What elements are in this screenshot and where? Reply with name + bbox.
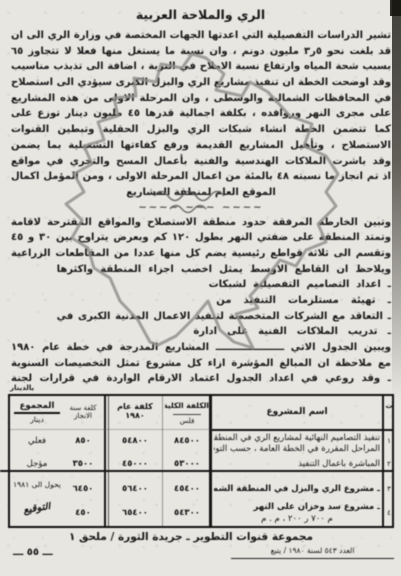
table-header-total-cost: الكلفة الكلية bbox=[165, 401, 209, 411]
body-line: تشير الدراسات التفصيلية التي اعدتها الجه… bbox=[11, 28, 391, 44]
body-line: اذ تم انجاز ما نسبته ٤٨ بالمئة من اعمال … bbox=[11, 169, 391, 185]
table-cell: ٥٦٤٠٠ bbox=[110, 484, 160, 494]
table-cell: ٤٥٠٠٠ bbox=[110, 459, 160, 469]
body-line: وتبين الخارطة المرفقة حدود منطقة الاستصل… bbox=[11, 215, 391, 231]
table-cell: المباشرة بأعمال التنفيذ bbox=[214, 459, 380, 469]
list-item: ـ تهيئة مستلزمات التنفيذ من المكائن والم… bbox=[216, 293, 391, 309]
body-line: ويلاحظ ان القاطع الاوسط يمثل اخصب اجزاء … bbox=[57, 262, 391, 278]
table-cell: ٤ bbox=[383, 508, 395, 518]
table-vertical-rule bbox=[104, 396, 106, 526]
table-header-total-unit: فلس bbox=[173, 414, 201, 426]
table-cell: ـ مشروع الري والبزل في المنطقة الشمالية … bbox=[214, 484, 380, 494]
body-line: ـ وقد روعي في اعداد الجدول اعتماد الارقا… bbox=[11, 371, 391, 387]
scan-edge-corner bbox=[390, 0, 401, 16]
table-cell: المراحل المقررة في الخطة العامة ، حسب ال… bbox=[214, 444, 380, 454]
body-line: وتمتد المنطقة على ضفتي النهر بطول ١٢٠ كم… bbox=[11, 230, 391, 246]
table-cell: ٥٣٠٠٠ bbox=[165, 459, 209, 469]
body-line: ويبين الجدول الاتي ــــــــــــــــــــ … bbox=[11, 340, 391, 356]
scan-edge-shadow bbox=[392, 0, 401, 400]
table-cell: تنفيذ التصاميم النهائية لمشاريع الري في … bbox=[214, 433, 380, 443]
page-title: الري والملاحة العربية bbox=[0, 7, 401, 22]
table-cell: ٨٥٠ bbox=[62, 436, 104, 446]
footer-note: العدد ٥٤٣ لسنة ١٩٨٠ / يتبع bbox=[231, 546, 394, 559]
body-line: على مجرى النهر وروافده ، بكلفة اجمالية ق… bbox=[11, 106, 391, 122]
table-cell: ـ مشروع سد وخزان على النهر bbox=[214, 502, 380, 512]
list-item: ـ التعاقد مع الشركات المتخصصة لتنفيذ الا… bbox=[57, 309, 391, 325]
body-line: وقد باشرت الملاكات الهندسية والفنية بأعم… bbox=[11, 154, 391, 170]
body-line: كما تتضمن الخطة انشاء شبكات الري والبزل … bbox=[11, 122, 391, 138]
table-cell: ٤٥٤٠٠ bbox=[165, 484, 209, 494]
table-cell: يحول الى ١٩٨١ bbox=[12, 480, 62, 489]
table-cell: فعلي bbox=[12, 436, 62, 446]
table-header-year: كلفة سنة الانجاز bbox=[62, 404, 104, 420]
hatching-marks: ~~~~ ~~~ ~~~~ bbox=[125, 201, 277, 215]
page-number: ـــ ٥٥ ـــ bbox=[13, 547, 53, 558]
table-cell: ٣٥٠٠ bbox=[62, 459, 104, 469]
table-header-cost-1980: كلفة عام ١٩٨٠ bbox=[110, 402, 160, 420]
table-header-index: ت bbox=[383, 401, 395, 411]
body-line: وتقسم الى ثلاثة قواطع رئيسية يضم كل منها… bbox=[11, 246, 391, 262]
table-cell: مؤجل bbox=[12, 459, 62, 469]
list-item: ـ اعداد التصاميم التفصيلية لشبكات الري و… bbox=[209, 277, 391, 293]
table-cell: ٥٤٨٠٠ bbox=[110, 436, 160, 446]
table-currency-note: بالدينار bbox=[10, 384, 34, 392]
table-header-rule bbox=[10, 429, 212, 430]
table-cell: ٢ bbox=[383, 459, 395, 469]
scan-layer: الري والملاحة العربية تشير الدراسات التف… bbox=[0, 0, 401, 576]
table-header-amount: المجموع bbox=[14, 401, 60, 414]
body-line: بسبب شحة المياه وارتفاع نسبة الاملاح في … bbox=[11, 59, 391, 75]
table-header-amount-unit: دينار bbox=[12, 415, 62, 425]
table-cell: ٨٤٥٠٠ bbox=[165, 436, 209, 446]
table-cell: ٤٥٠ bbox=[62, 508, 104, 518]
table-vertical-rule bbox=[108, 396, 109, 526]
table-cell: م ٧٠٠ ر ٢٠٠ ، م . م bbox=[214, 514, 380, 524]
table-header-project-name: اسم المشروع bbox=[214, 407, 380, 417]
thick-divider-rule bbox=[0, 470, 393, 472]
body-line: وقد اوضحت الخطة ان تنفيذ مشاريع الري وال… bbox=[11, 75, 391, 91]
signature-mark: التوقيع bbox=[12, 500, 63, 518]
table-cell: ٦٥٤٠٠ bbox=[110, 508, 160, 518]
body-line: قد بلغت نحو ٥ر٣ مليون دونم ، وان نسبة ما… bbox=[11, 44, 391, 60]
table-caption: مجموعة قنوات التطوير ـ جريدة الثورة / مل… bbox=[66, 531, 316, 543]
table-cell: ١ bbox=[383, 436, 395, 446]
body-line: الاستصلاح ، وتأهيل المشاريع القديمة ورفع… bbox=[11, 138, 391, 154]
projects-table: المجموع دينار كلفة سنة الانجاز كلفة عام … bbox=[8, 394, 394, 528]
map-heading: الموقع العام لمنطقة المشاريع bbox=[114, 185, 289, 201]
table-vertical-rule bbox=[209, 396, 212, 526]
table-cell: ٣ bbox=[383, 484, 395, 494]
scanned-document-page: الري والملاحة العربية تشير الدراسات التف… bbox=[0, 0, 401, 576]
body-line: في المحافظات الشمالية والوسطى ، وان المر… bbox=[11, 91, 391, 107]
table-cell: ٥٤٣٠٠ bbox=[165, 508, 209, 518]
body-paragraph: تشير الدراسات التفصيلية التي اعدتها الجه… bbox=[11, 28, 391, 387]
table-vertical-rule bbox=[162, 396, 163, 526]
body-line: مع ملاحظة ان المبالغ المؤشرة ازاء كل مشر… bbox=[11, 356, 391, 372]
list-item: ـ تدريب الملاكات الفنية على ادارة وتشغيل… bbox=[193, 324, 391, 340]
table-cell: ٦٤٥٠ bbox=[62, 484, 104, 494]
table-header-rule bbox=[212, 429, 392, 431]
